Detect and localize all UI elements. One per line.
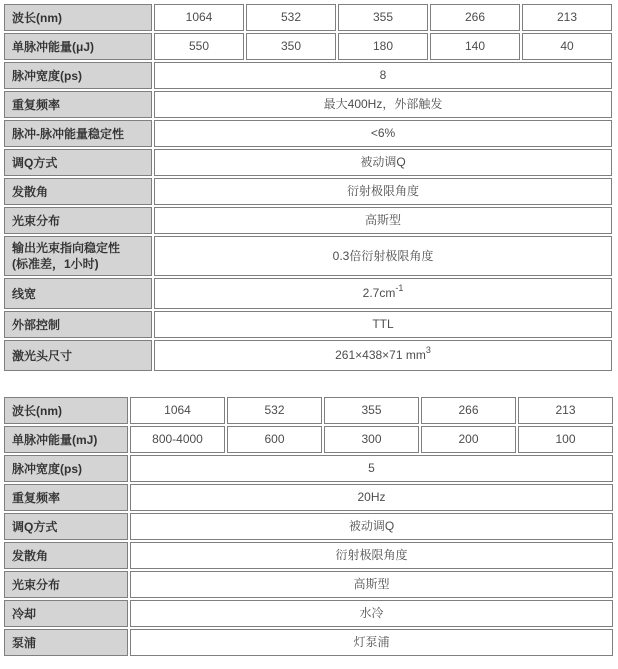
value-cell: 最大400Hz，外部触发	[154, 91, 612, 118]
value-cell: 550	[154, 33, 244, 60]
row-label-laser-head-size: 激光头尺寸	[4, 340, 152, 371]
row-label-rep-rate: 重复频率	[4, 484, 128, 511]
table-row-wavelength: 波长(nm) 1064 532 355 266 213	[4, 4, 612, 31]
row-label-q-switch: 调Q方式	[4, 513, 128, 540]
value-cell: 被动调Q	[130, 513, 613, 540]
table-row-divergence: 发散角 衍射极限角度	[4, 178, 612, 205]
row-label-pump: 泵浦	[4, 629, 128, 656]
spec-page: 波长(nm) 1064 532 355 266 213 单脉冲能量(μJ) 55…	[0, 0, 618, 669]
value-cell: 300	[324, 426, 419, 453]
value-cell: 213	[522, 4, 612, 31]
table-row-energy-stability: 脉冲-脉冲能量稳定性 <6%	[4, 120, 612, 147]
row-label-pulse-energy: 单脉冲能量(μJ)	[4, 33, 152, 60]
table-row-pointing-stability: 输出光束指向稳定性(标准差，1小时) 0.3倍衍射极限角度	[4, 236, 612, 276]
value-cell: 532	[246, 4, 336, 31]
value-cell: 1064	[130, 397, 225, 424]
row-label-wavelength: 波长(nm)	[4, 4, 152, 31]
table-row-laser-head-size: 激光头尺寸 261×438×71 mm3	[4, 340, 612, 371]
row-label-energy-stability: 脉冲-脉冲能量稳定性	[4, 120, 152, 147]
value-cell: 100	[518, 426, 613, 453]
table-row-pump: 泵浦 灯泵浦	[4, 629, 613, 656]
row-label-pulse-width: 脉冲宽度(ps)	[4, 455, 128, 482]
spec-table-millijoule: 波长(nm) 1064 532 355 266 213 单脉冲能量(mJ) 80…	[2, 395, 615, 658]
value-cell: 8	[154, 62, 612, 89]
row-label-linewidth: 线宽	[4, 278, 152, 309]
table-row-pulse-energy: 单脉冲能量(μJ) 550 350 180 140 40	[4, 33, 612, 60]
row-label-divergence: 发散角	[4, 178, 152, 205]
value-cell: 532	[227, 397, 322, 424]
value-cell: 灯泵浦	[130, 629, 613, 656]
table-row-external-control: 外部控制 TTL	[4, 311, 612, 338]
value-cell: 高斯型	[154, 207, 612, 234]
value-cell: 20Hz	[130, 484, 613, 511]
value-cell: 140	[430, 33, 520, 60]
value-cell: 水冷	[130, 600, 613, 627]
row-label-pulse-energy: 单脉冲能量(mJ)	[4, 426, 128, 453]
spec-table-microjoule: 波长(nm) 1064 532 355 266 213 单脉冲能量(μJ) 55…	[2, 2, 614, 373]
table-row-rep-rate: 重复频率 20Hz	[4, 484, 613, 511]
value-cell: 5	[130, 455, 613, 482]
value-cell: 261×438×71 mm3	[154, 340, 612, 371]
value-cell: 衍射极限角度	[154, 178, 612, 205]
value-cell: 0.3倍衍射极限角度	[154, 236, 612, 276]
table-row-beam-profile: 光束分布 高斯型	[4, 571, 613, 598]
value-cell: 2.7cm-1	[154, 278, 612, 309]
value-cell: 355	[338, 4, 428, 31]
row-label-pulse-width: 脉冲宽度(ps)	[4, 62, 152, 89]
value-cell: 266	[430, 4, 520, 31]
value-superscript: 3	[426, 345, 431, 355]
value-cell: 40	[522, 33, 612, 60]
table-row-pulse-width: 脉冲宽度(ps) 5	[4, 455, 613, 482]
value-cell: 衍射极限角度	[130, 542, 613, 569]
table-row-divergence: 发散角 衍射极限角度	[4, 542, 613, 569]
table-row-beam-profile: 光束分布 高斯型	[4, 207, 612, 234]
value-cell: 213	[518, 397, 613, 424]
table-row-rep-rate: 重复频率 最大400Hz，外部触发	[4, 91, 612, 118]
label-line2: (标准差，1小时)	[12, 257, 99, 271]
value-cell: 800-4000	[130, 426, 225, 453]
row-label-wavelength: 波长(nm)	[4, 397, 128, 424]
value-cell: 高斯型	[130, 571, 613, 598]
value-cell: 350	[246, 33, 336, 60]
row-label-cooling: 冷却	[4, 600, 128, 627]
row-label-external-control: 外部控制	[4, 311, 152, 338]
table-row-q-switch: 调Q方式 被动调Q	[4, 513, 613, 540]
value-cell: 200	[421, 426, 516, 453]
row-label-pointing-stability: 输出光束指向稳定性(标准差，1小时)	[4, 236, 152, 276]
value-cell: 被动调Q	[154, 149, 612, 176]
value-cell: 1064	[154, 4, 244, 31]
value-cell: <6%	[154, 120, 612, 147]
row-label-rep-rate: 重复频率	[4, 91, 152, 118]
value-base: 2.7cm	[363, 286, 396, 300]
table-row-pulse-width: 脉冲宽度(ps) 8	[4, 62, 612, 89]
value-cell: TTL	[154, 311, 612, 338]
value-cell: 266	[421, 397, 516, 424]
value-cell: 180	[338, 33, 428, 60]
row-label-beam-profile: 光束分布	[4, 571, 128, 598]
value-superscript: -1	[395, 283, 403, 293]
table-row-q-switch: 调Q方式 被动调Q	[4, 149, 612, 176]
value-base: 261×438×71 mm	[335, 348, 426, 362]
table-row-pulse-energy: 单脉冲能量(mJ) 800-4000 600 300 200 100	[4, 426, 613, 453]
row-label-beam-profile: 光束分布	[4, 207, 152, 234]
row-label-q-switch: 调Q方式	[4, 149, 152, 176]
table-row-cooling: 冷却 水冷	[4, 600, 613, 627]
label-line1: 输出光束指向稳定性	[12, 241, 120, 255]
table-row-linewidth: 线宽 2.7cm-1	[4, 278, 612, 309]
row-label-divergence: 发散角	[4, 542, 128, 569]
value-cell: 355	[324, 397, 419, 424]
value-cell: 600	[227, 426, 322, 453]
table-row-wavelength: 波长(nm) 1064 532 355 266 213	[4, 397, 613, 424]
